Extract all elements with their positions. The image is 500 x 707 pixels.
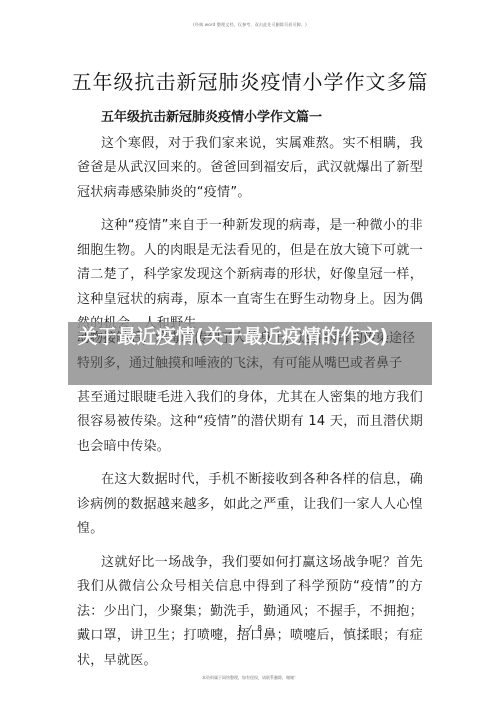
page-number: 1 / 8	[0, 624, 500, 633]
page-header-note: (经典 word 整理文档，仅参考，双击此处可删除页眉页脚。)	[0, 22, 500, 28]
section-heading: 五年级抗击新冠肺炎疫情小学作文篇一	[77, 106, 423, 131]
page-footer-note: 本资料属于网络整理，如有侵权，请联系删除，谢谢！	[0, 675, 500, 681]
document-title: 五年级抗击新冠肺炎疫情小学作文多篇	[0, 66, 500, 95]
document-body: 五年级抗击新冠肺炎疫情小学作文篇一 这个寒假，对于我们家来说，实属难熬。实不相瞒…	[77, 106, 423, 682]
paragraph-4: 在这大数据时代，手机不断接收到各种各样的信息，确诊病例的数据越来越多，如此之严重…	[77, 468, 423, 542]
paragraph-5: 这就好比一场战争，我们要如何打赢这场战争呢？首先我们从微信公众号相关信息中得到了…	[77, 551, 423, 674]
title-overlay-banner[interactable]: 动物接触后，病毒就传到了人的身上，这种病毒的传染途径特别多，通过触摸和唾液的飞沫…	[68, 322, 432, 385]
paragraph-1: 这个寒假，对于我们家来说，实属难熬。实不相瞒，我爸爸是从武汉回来的。爸爸回到福安…	[77, 132, 423, 206]
paragraph-3: 甚至通过眼睫毛进入我们的身体，尤其在人密集的地方我们很容易被传染。这种“疫情”的…	[77, 386, 423, 460]
paragraph-2: 这种“疫情”来自于一种新发现的病毒，是一种微小的非细胞生物。人的肉眼是无法看见的…	[77, 214, 423, 337]
overlay-title: 关于最近疫情(关于最近疫情的作文)	[78, 325, 424, 349]
